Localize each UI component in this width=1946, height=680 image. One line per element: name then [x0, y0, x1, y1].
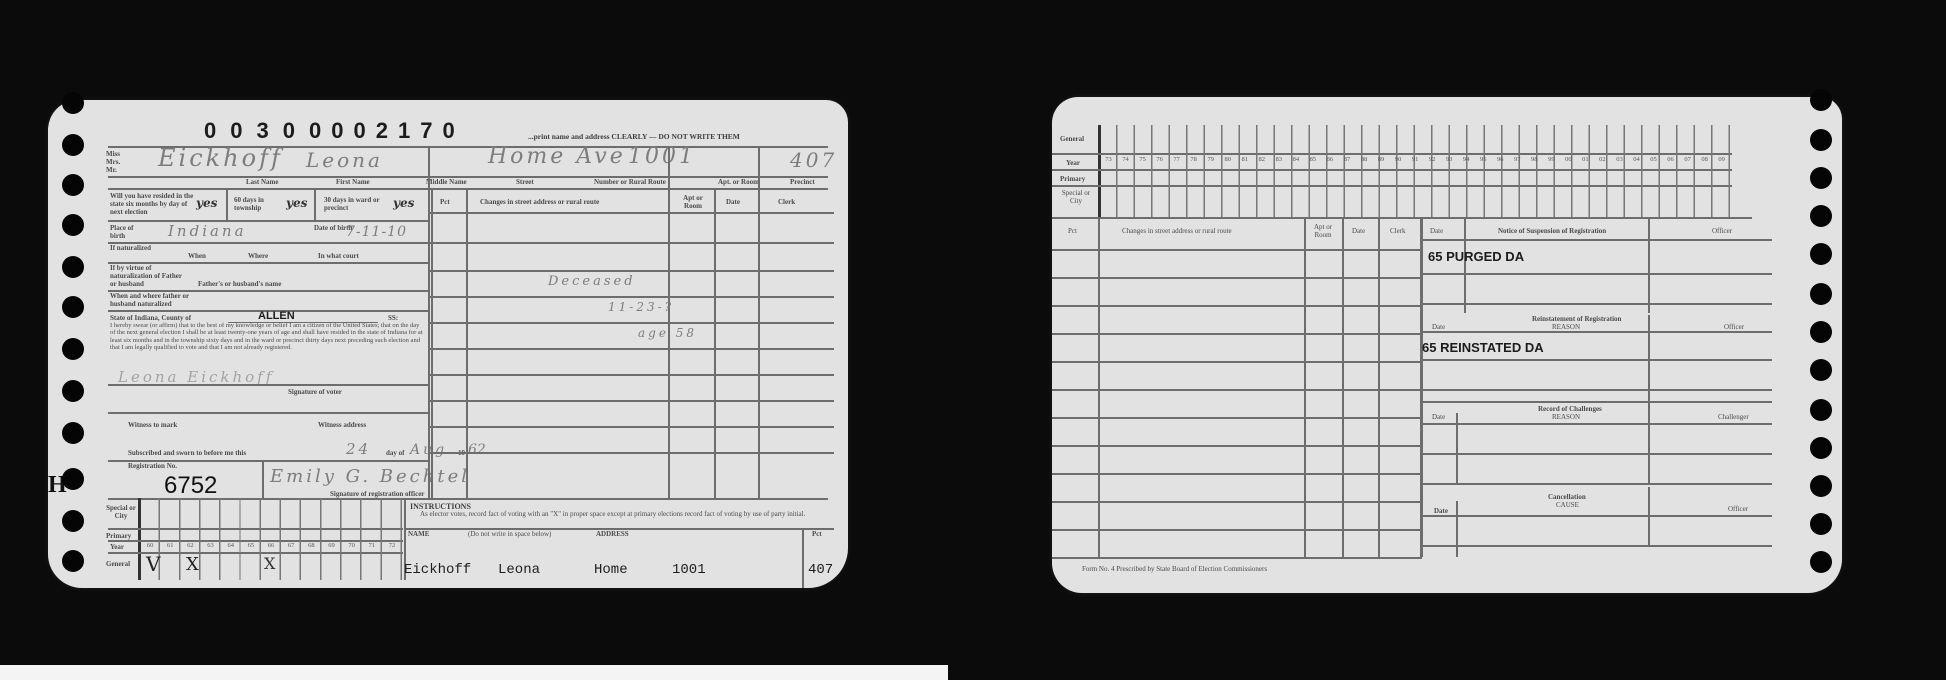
general-vote-mark-60: V [146, 552, 160, 576]
father-husband-naturalized-label: When and where father or husband natural… [110, 292, 200, 308]
header-instruction: ...print name and address CLEARLY — DO N… [528, 132, 740, 142]
registration-label: Registration No. [128, 462, 177, 470]
name-label: NAME [408, 530, 429, 538]
year-cell: 04 [1628, 156, 1645, 163]
year-cell: 79 [1202, 156, 1219, 163]
year-cell: 05 [1645, 156, 1662, 163]
punch-hole [62, 256, 84, 278]
punch-hole [1810, 359, 1832, 381]
county-value: ALLEN [258, 310, 295, 322]
challenger-label: Challenger [1718, 413, 1749, 421]
changes-pct-header: Pct [1068, 227, 1077, 235]
grid-row-year: Year [1066, 159, 1080, 167]
grid-row-year: Year [110, 543, 124, 551]
registration-number: 6752 [164, 472, 217, 500]
registrar-signature-label: Signature of registration officer [330, 490, 424, 498]
township-question: 60 days in township [234, 196, 284, 212]
birth-date-value: 7-11-10 [346, 224, 407, 240]
father-husband-label: If by virtue of naturalization of Father… [110, 264, 190, 288]
naturalized-court-label: In what court [318, 252, 359, 260]
cancellation-officer-label: Officer [1728, 505, 1748, 513]
challenges-title: Record of Challenges [1538, 405, 1602, 413]
year-labels: 73 74 75 76 77 78 79 80 81 82 83 84 85 8… [1100, 156, 1730, 163]
purged-stamp: 65 PURGED DA [1428, 249, 1524, 264]
changes-apt-header: Apt or Room [1308, 223, 1338, 239]
reinstatement-date-label: Date [1432, 323, 1445, 331]
form-footer: Form No. 4 Prescribed by State Board of … [1082, 565, 1267, 573]
typed-last-name: Eickhoff [404, 562, 471, 578]
scan-edge-strip [0, 665, 948, 680]
year-cell: 86 [1321, 156, 1338, 163]
first-name-value: Leona [306, 148, 383, 172]
state-residency-question: Will you have resided in the state six m… [110, 192, 200, 216]
year-cell: 96 [1492, 156, 1509, 163]
punch-hole [1810, 399, 1832, 421]
punch-hole [62, 550, 84, 572]
naturalized-when-label: When [188, 252, 206, 260]
vote-year-grid [1100, 125, 1730, 217]
year-cell: 78 [1185, 156, 1202, 163]
typed-pct: 407 [808, 562, 833, 578]
changes-address-header: Changes in street address or rural route [1122, 227, 1232, 235]
year-cell: 76 [1151, 156, 1168, 163]
grid-row-special: Special or City [1060, 189, 1092, 205]
first-name-label: First Name [336, 178, 370, 186]
grid-row-general: General [106, 560, 130, 568]
year-cell: 87 [1338, 156, 1355, 163]
year-cell: 93 [1441, 156, 1458, 163]
punch-hole [62, 510, 84, 532]
punch-hole [62, 134, 84, 156]
grid-row-general: General [1060, 135, 1084, 143]
township-answer: yes [286, 196, 307, 210]
typed-street: Home [594, 562, 628, 578]
ward-question: 30 days in ward or precinct [324, 196, 390, 212]
reinstated-stamp: 65 REINSTATED DA [1422, 340, 1544, 355]
year-cell: 90 [1390, 156, 1407, 163]
punch-hole [62, 380, 84, 402]
cancellation-title: Cancellation [1548, 493, 1586, 501]
year-cell: 75 [1134, 156, 1151, 163]
age-note: age 58 [638, 326, 697, 340]
changes-clerk-header: Clerk [1390, 227, 1406, 235]
punch-hole [62, 338, 84, 360]
year-cell: 84 [1287, 156, 1304, 163]
punch-hole [62, 214, 84, 236]
year-cell: 81 [1236, 156, 1253, 163]
punch-hole [1810, 513, 1832, 535]
punch-hole [1810, 243, 1832, 265]
year-cell: 00 [1560, 156, 1577, 163]
cancellation-date-label: Date [1434, 507, 1448, 515]
suspension-officer-label: Officer [1712, 227, 1732, 235]
year-cell: 82 [1253, 156, 1270, 163]
voter-registration-card-front: 00300002170 ...print name and address CL… [48, 100, 848, 588]
day-of-label: day of [386, 449, 404, 457]
number-label: Number or Rural Route [594, 178, 666, 186]
year-cell: 99 [1543, 156, 1560, 163]
voter-registration-card-back: General Year Primary Special or City 73 … [1052, 97, 1842, 593]
year-cell: 08 [1696, 156, 1713, 163]
punch-hole [1810, 321, 1832, 343]
punch-hole [62, 174, 84, 196]
year-cell: 01 [1577, 156, 1594, 163]
title-prefix: MissMrs.Mr. [106, 150, 120, 174]
year-cell: 09 [1713, 156, 1730, 163]
year-cell: 73 [1100, 156, 1117, 163]
street-label: Street [516, 178, 534, 186]
deceased-date-note: 11-23-? [608, 300, 674, 314]
typed-first-name: Leona [498, 562, 540, 578]
changes-apt-header: Apt or Room [678, 194, 708, 210]
changes-clerk-header: Clerk [778, 198, 795, 206]
punch-hole [62, 468, 84, 490]
address-label: ADDRESS [596, 530, 629, 538]
changes-pct-header: Pct [440, 198, 450, 206]
voter-signature-label: Signature of voter [288, 388, 342, 396]
grid-row-special: Special or City [106, 504, 136, 520]
birth-place-label: Place of birth [110, 224, 150, 240]
punch-hole [62, 296, 84, 318]
vote-grid: 60 61 62 63 64 65 66 67 68 69 70 71 72 V… [140, 498, 402, 580]
year-cell: 77 [1168, 156, 1185, 163]
cancellation-cause-label: CAUSE [1556, 501, 1579, 509]
birth-place-value: Indiana [168, 222, 247, 240]
last-name-label: Last Name [246, 178, 278, 186]
grid-row-primary: Primary [106, 532, 131, 540]
reinstatement-reason-label: REASON [1552, 323, 1580, 331]
typed-number: 1001 [672, 562, 706, 578]
year-cell: 95 [1475, 156, 1492, 163]
precinct-value: 407 [790, 148, 837, 172]
punch-hole [1810, 551, 1832, 573]
father-husband-name-label: Father's or husband's name [198, 280, 281, 288]
challenges-date-label: Date [1432, 413, 1445, 421]
number-value: 1001 [628, 144, 696, 169]
witness-address-label: Witness address [318, 421, 366, 429]
punch-hole [1810, 475, 1832, 497]
precinct-label: Precinct [790, 178, 815, 186]
suspension-title: Notice of Suspension of Registration [1498, 227, 1606, 235]
year-cell: 02 [1594, 156, 1611, 163]
punch-hole [1810, 205, 1832, 227]
year-cell: 94 [1458, 156, 1475, 163]
changes-date-header: Date [726, 198, 740, 206]
naturalized-where-label: Where [248, 252, 268, 260]
year-cell: 03 [1611, 156, 1628, 163]
changes-address-header: Changes in street address or rural route [480, 198, 599, 206]
challenges-reason-label: REASON [1552, 413, 1580, 421]
oath-ss: SS: [388, 314, 398, 322]
punch-hole [1810, 167, 1832, 189]
year-cell: 92 [1424, 156, 1441, 163]
punch-hole [1810, 437, 1832, 459]
witness-mark-label: Witness to mark [128, 421, 177, 429]
naturalized-label: If naturalized [110, 244, 160, 252]
registrar-signature: Emily G. Bechtel [270, 466, 470, 487]
serial-number: 00300002170 [204, 118, 455, 144]
oath-text: I hereby swear (or affirm) that to the b… [110, 322, 426, 351]
year-cell: 91 [1407, 156, 1424, 163]
year-cell: 74 [1117, 156, 1134, 163]
instructions-text: As elector votes, record fact of voting … [420, 510, 820, 518]
reinstatement-title: Reinstatement of Registration [1532, 315, 1621, 323]
year-cell: 06 [1662, 156, 1679, 163]
punch-hole [62, 422, 84, 444]
subscribed-label: Subscribed and sworn to before me this [128, 449, 246, 457]
suspension-date-label: Date [1430, 227, 1443, 235]
subscribed-day: 24 [346, 440, 371, 458]
year-cell: 98 [1526, 156, 1543, 163]
last-name-value: Eickhoff [158, 144, 283, 172]
ward-answer: yes [393, 196, 414, 210]
subscribed-year: 62 [468, 442, 486, 458]
state-residency-answer: yes [196, 196, 217, 210]
year-cell: 07 [1679, 156, 1696, 163]
year-cell: 97 [1509, 156, 1526, 163]
year-cell: 88 [1355, 156, 1372, 163]
year-cell: 85 [1304, 156, 1321, 163]
year-cell: 80 [1219, 156, 1236, 163]
changes-date-header: Date [1352, 227, 1365, 235]
do-not-write-label: (Do not write in space below) [468, 530, 551, 538]
general-vote-mark-62: X [186, 554, 199, 575]
year-cell: 83 [1270, 156, 1287, 163]
punch-hole [62, 92, 84, 114]
year-cell: 89 [1373, 156, 1390, 163]
punch-hole [1810, 89, 1832, 111]
deceased-note: Deceased [548, 274, 636, 289]
oath-state-county: State of Indiana, County of [110, 314, 191, 322]
street-value: Home Ave [488, 144, 626, 169]
reinstatement-officer-label: Officer [1724, 323, 1744, 331]
pct-label: Pct [812, 530, 822, 538]
grid-row-primary: Primary [1060, 175, 1085, 183]
middle-name-label: Middle Name [426, 178, 467, 186]
punch-hole [1810, 283, 1832, 305]
general-vote-mark-66: X [264, 554, 275, 573]
apt-label: Apt. or Room [718, 178, 759, 186]
punch-hole [1810, 129, 1832, 151]
